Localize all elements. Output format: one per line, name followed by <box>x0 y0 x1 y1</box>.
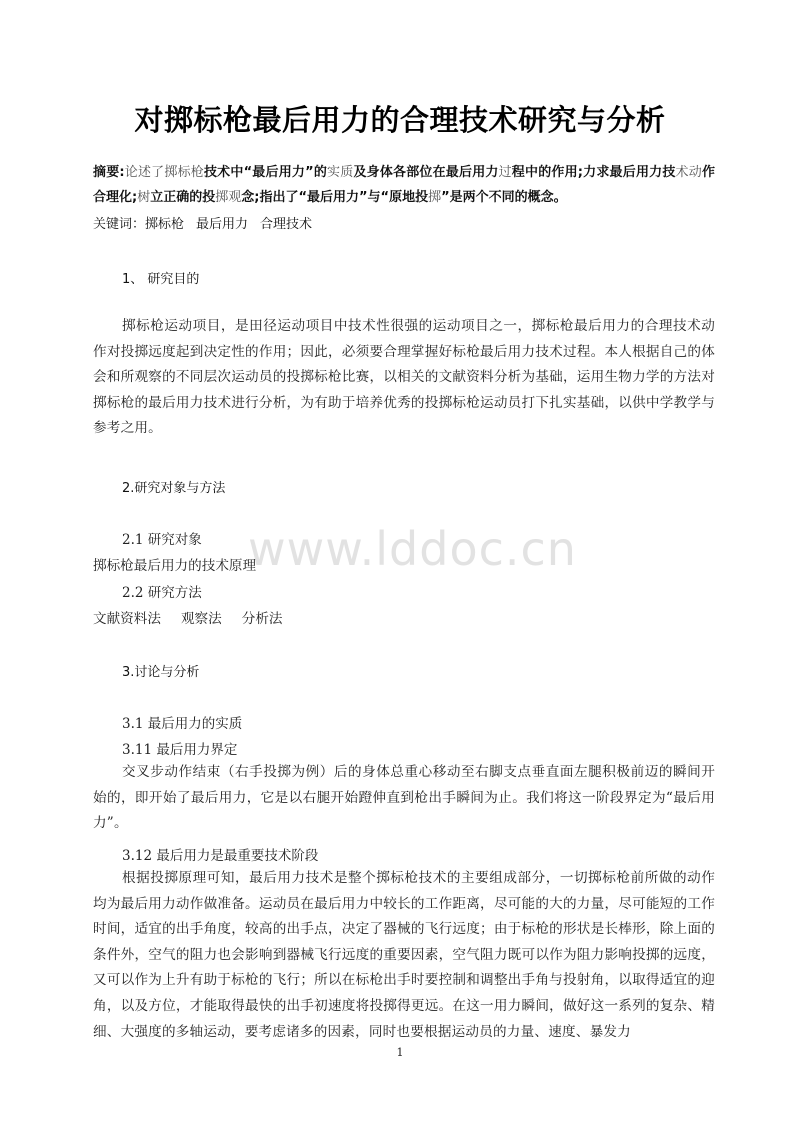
subheading-3-1: 3.1 最后用力的实质 <box>122 712 242 732</box>
section-heading-1: 1、 研究目的 <box>122 268 199 287</box>
methods-list: 文献资料法观察法分析法 <box>93 607 303 627</box>
subheading-2-2: 2.2 研究方法 <box>122 581 202 601</box>
abstract: 摘要:论述了掷标枪技术中“最后用力”的实质及身体各部位在最后用力过程中的作用;力… <box>93 160 715 210</box>
abstract-segment: 过 <box>499 165 512 180</box>
keyword: 掷标枪 <box>145 217 184 232</box>
abstract-segment: 技术中“最后用力”的 <box>204 165 327 180</box>
abstract-segment: 掷观 <box>215 190 241 205</box>
abstract-segment: 念;指出了“最后用力”与“原地投 <box>241 190 428 205</box>
keyword: 合理技术 <box>260 217 312 232</box>
abstract-segment: 立正确的投 <box>150 190 215 205</box>
abstract-segment: 掷 <box>428 190 441 205</box>
section-1-paragraph: 掷标枪运动项目，是田径运动项目中技术性很强的运动项目之一，掷标枪最后用力的合理技… <box>93 314 715 442</box>
document-title: 对掷标枪最后用力的合理技术研究与分析 <box>0 98 800 139</box>
keywords: 关键词：掷标枪最后用力合理技术 <box>93 212 715 237</box>
abstract-segment: 程中的作用;力求最后用力技 <box>512 165 676 180</box>
section-3-12-paragraph: 根据投掷原理可知，最后用力技术是整个掷标枪技术的主要组成部分，一切掷标枪前所做的… <box>93 866 715 1045</box>
section-heading-2: 2.研究对象与方法 <box>122 477 225 496</box>
watermark: www.lddoc.cn <box>248 522 577 576</box>
method-item: 分析法 <box>242 611 283 627</box>
method-item: 观察法 <box>181 611 222 627</box>
abstract-segment: 论述了 <box>125 165 165 180</box>
subheading-2-1: 2.1 研究对象 <box>122 528 202 548</box>
abstract-segment: 树 <box>137 190 150 205</box>
section-heading-3: 3.讨论与分析 <box>122 661 199 680</box>
research-object-text: 掷标枪最后用力的技术原理 <box>93 554 256 574</box>
keywords-label: 关键词： <box>93 217 145 232</box>
keyword: 最后用力 <box>196 217 248 232</box>
section-3-11-paragraph: 交叉步动作结束（右手投掷为例）后的身体总重心移动至右脚支点垂直面左腿积极前迈的瞬… <box>93 760 715 837</box>
abstract-segment: 术动 <box>676 165 702 180</box>
page-number: 1 <box>0 1046 800 1059</box>
abstract-segment: 实质 <box>327 165 353 180</box>
subheading-3-12: 3.12 最后用力是最重要技术阶段 <box>122 844 318 864</box>
abstract-label: 摘要: <box>93 165 125 180</box>
abstract-segment: 掷标枪 <box>164 165 204 180</box>
method-item: 文献资料法 <box>93 611 161 627</box>
abstract-segment: 及身体各部位在最后用力 <box>353 165 498 180</box>
abstract-segment: ”是两个不同的概念。 <box>441 190 567 205</box>
subheading-3-11: 3.11 最后用力界定 <box>122 738 237 758</box>
document-page: 对掷标枪最后用力的合理技术研究与分析 摘要:论述了掷标枪技术中“最后用力”的实质… <box>0 0 800 1132</box>
